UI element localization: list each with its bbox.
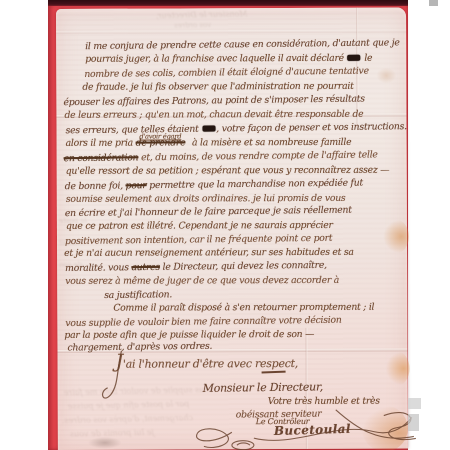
handwriting-text: de bonne foi, [65,180,126,192]
letter-line: moralité. vous autres le Directeur, qui … [65,260,327,274]
handwriting-text: soumise seulement aux droits ordinaires.… [66,193,346,205]
struck-word: autres [131,262,160,273]
handwriting-text: Comme il paraît disposé à s'en retourner… [113,302,374,314]
edge-artifact [408,414,419,431]
struck-word: en considération [64,152,139,164]
handwriting-text: vous serez à même de juger de ce que vou… [65,275,339,287]
handwriting-text: permettre que la marchandise non expédié… [147,177,363,191]
handwriting-text: nombre de ses colis, combien il était él… [84,66,369,80]
handwriting-text: et, du moins, de vous rendre compte de l… [138,149,377,163]
capital-j-flourish [99,347,127,407]
page-background: { "photo": { "background_red": "#e8484f"… [0,0,450,450]
letter-line: qu'elle ressort de sa petition ; espéran… [66,165,390,177]
letter-line: de leurs erreurs ; qu'en un mot, chacun … [64,109,363,121]
handwriting-text: chargement, d'après vos ordres. [67,341,212,354]
handwriting-text: il me conjura de prendre cette cause en … [85,37,400,52]
handwriting-text: de fraude. je lui fis observer que l'adm… [82,81,353,93]
handwriting-text: alors il me pria [66,138,136,149]
handwriting-text: que ce patron est illétré. Cependant je … [66,220,333,232]
handwriting-text: pourrais juger, à la franchise avec laqu… [85,53,346,65]
letter-line: de bonne foi, pour permettre que la marc… [65,177,363,192]
handwriting-text: vous supplie de vouloir bien me faire co… [65,315,341,329]
letter-line: chargement, d'après vos ordres. [67,341,212,354]
letter-line: de fraude. je lui fis observer que l'adm… [82,81,353,93]
ink-blot [348,55,361,61]
handwriting-text: épouser les affaires des Patrons, au poi… [63,93,365,108]
letter-line: il me conjura de prendre cette cause en … [85,37,400,52]
handwriting-text: sa justification. [104,289,172,301]
letter-line: en écrire et j'ai l'honneur de le faire … [65,205,352,220]
letter-line: Monsieur le Directeur, [203,380,323,394]
inserted-word: d'avoir égard [139,132,181,140]
handwriting-text: le [362,53,373,64]
handwriting-text: de leurs erreurs ; qu'en un mot, chacun … [64,109,363,121]
letter-line: épouser les affaires des Patrons, au poi… [63,93,365,108]
letter-line: que ce patron est illétré. Cependant je … [66,220,333,232]
letter-line: soumise seulement aux droits ordinaires.… [66,193,346,205]
letter-paper: Monsieur le Directeur,vos ordresla poste… [56,7,408,450]
handwriting-text: par la poste afin que je puisse liquider… [64,329,314,341]
letter-line: alors il me pria de prendred'avoir égard… [66,137,352,149]
handwriting-text: en écrire et j'ai l'honneur de le faire … [65,205,352,220]
letter-line: vous serez à même de juger de ce que vou… [65,275,339,287]
letter-line: et je n'ai aucun renseignement antérieur… [64,247,354,259]
letter-line: en considération et, du moins, de vous r… [64,149,378,164]
letter-line: par la poste afin que je puisse liquider… [64,329,314,341]
photo-top-edge-band [48,0,408,6]
handwriting-text: le Directeur, qui devez les connaître, [160,260,327,273]
letter-line: ses erreurs, que telles étaient , votre … [65,121,406,136]
handwriting-text: Monsieur le Directeur, [203,380,323,394]
handwriting-text: et je n'ai aucun renseignement antérieur… [64,247,354,259]
handwriting-text: positivement son intention, car il ne fr… [65,233,332,247]
letter-line: positivement son intention, car il ne fr… [65,233,332,247]
letter-line: vous supplie de vouloir bien me faire co… [65,315,341,329]
handwriting-text: , votre façon de penser et vos instructi… [216,121,407,134]
edge-artifact [408,398,421,409]
letter-line: Comme il paraît disposé à s'en retourner… [113,302,374,314]
letter-line: J'ai l'honneur d'être avec respect, [116,357,299,371]
handwriting-text: 'ai l'honneur d'être avec respect, [123,357,298,371]
ink-blot [202,125,215,131]
letter-line: sa justification. [104,289,172,301]
signature-paraph-flourish [186,403,426,450]
handwriting-text: moralité. vous [65,262,131,274]
edge-artifact [429,0,438,6]
struck-word: pour [126,180,147,191]
handwriting-text: qu'elle ressort de sa petition ; espéran… [66,165,390,177]
handwriting-text: à la misère et sa nombreuse famille [189,137,351,149]
letter-photograph: Monsieur le Directeur,vos ordresla poste… [48,0,408,450]
letter-line: nombre de ses colis, combien il était él… [84,66,369,80]
letter-line: pourrais juger, à la franchise avec laqu… [85,53,372,65]
